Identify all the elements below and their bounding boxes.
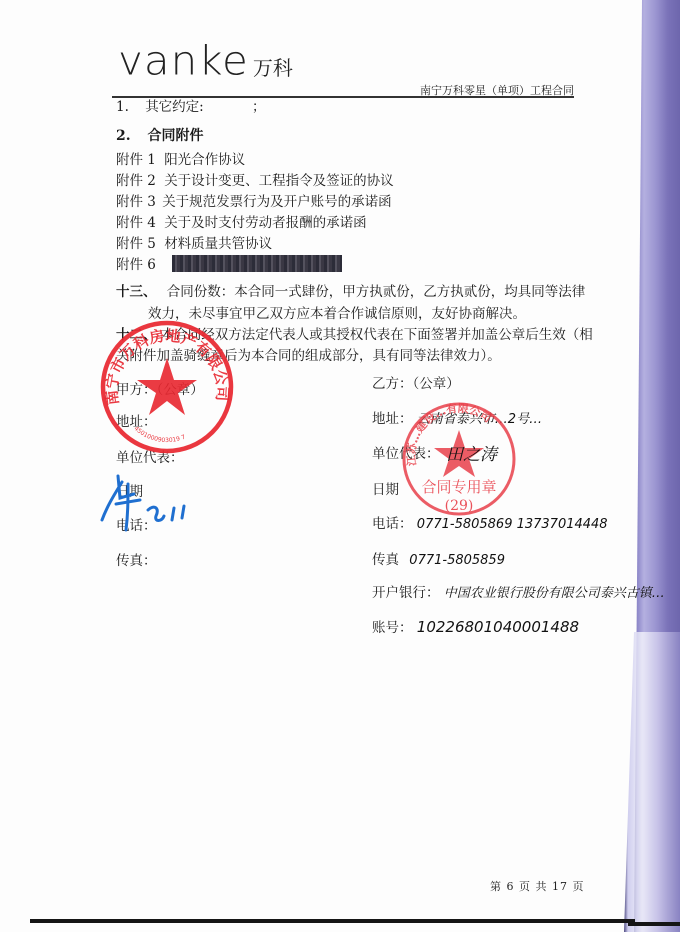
attachment-item: 附件 1 阳光合作协议 (116, 151, 245, 169)
party-a-fax-label: 传真： (116, 552, 157, 570)
party-a-title: 甲方：（公章） (116, 381, 204, 399)
attachment-label: 附件 3 (116, 194, 156, 210)
page-number: 第 6 页 共 17 页 (490, 878, 584, 894)
attachment-label: 附件 1 (116, 152, 156, 168)
party-b-title: 乙方：（公章） (372, 375, 460, 393)
party-b-account: 账号： 10226801040001488 (372, 618, 579, 637)
party-b-bank-value: 中国农业银行股份有限公司泰兴古镇… (444, 586, 665, 601)
party-b-bank: 开户银行： 中国农业银行股份有限公司泰兴古镇… (372, 584, 665, 603)
svg-text:合同专用章: 合同专用章 (421, 478, 496, 496)
party-b-fax-value: 0771-5805859 (409, 553, 505, 568)
party-b-bank-label: 开户银行： (372, 585, 440, 601)
logo-cn: 万科 (253, 52, 293, 81)
section-12-number: 十二、 (116, 327, 157, 343)
attachment-title: 关于规范发票行为及开户账号的承诺函 (162, 194, 392, 210)
section-2-number: 2. (116, 128, 131, 144)
party-a-rep-label: 单位代表： (116, 449, 184, 467)
section-2-label: 合同附件 (148, 128, 204, 144)
attachment-item: 附件 3 关于规范发票行为及开户账号的承诺函 (116, 193, 392, 211)
attachment-title: 关于设计变更、工程指令及签证的协议 (164, 173, 394, 189)
attachment-item: 附件 2 关于设计变更、工程指令及签证的协议 (116, 172, 394, 190)
party-b-rep-label: 单位代表： (372, 446, 440, 462)
party-b-address-value: 云南省泰兴市…2号… (417, 412, 542, 427)
party-b-date-label: 日期 (372, 481, 399, 499)
party-b-fax-label: 传真 (372, 552, 399, 568)
party-a-date-label: 日期 (116, 483, 143, 501)
section-1-label: 其它约定: (145, 99, 204, 115)
attachment-item: 附件 4 关于及时支付劳动者报酬的承诺函 (116, 214, 367, 232)
section-12-line2: 关附件加盖骑缝章后为本合同的组成部分，具有同等法律效力）。 (116, 347, 501, 365)
binding-edge-highlight (624, 632, 680, 932)
party-b-account-label: 账号： (372, 620, 413, 636)
section-13-line1: 合同份数：本合同一式肆份，甲方执贰份，乙方执贰份，均具同等法律 (167, 284, 586, 300)
attachment-label: 附件 2 (116, 173, 156, 189)
party-a-address-label: 地址： (116, 413, 157, 431)
redacted-attachment-title (172, 255, 342, 272)
logo-latin: vanke (118, 37, 249, 84)
section-1-suffix: ； (252, 99, 266, 115)
party-b-rep-signature: 田之涛 (446, 446, 497, 464)
section-12: 十二、 本合同经双方法定代表人或其授权代表在下面签署并加盖公章后生效（相 (116, 326, 593, 344)
party-b-rep: 单位代表： (372, 445, 440, 463)
attachment-title: 阳光合作协议 (164, 152, 245, 168)
document-page: vanke 万科 南宁万科零星（单项）工程合同 1. 其它约定: ； 2. 合同… (0, 0, 680, 932)
party-b-address-label: 地址： (372, 411, 413, 427)
party-b-phone-value: 0771-5805869 13737014448 (417, 517, 608, 532)
section-12-line1: 本合同经双方法定代表人或其授权代表在下面签署并加盖公章后生效（相 (161, 327, 593, 343)
party-b-address: 地址： 云南省泰兴市…2号… (372, 410, 542, 429)
vanke-logo: vanke 万科 (118, 36, 293, 80)
attachment-item: 附件 5 材料质量共管协议 (116, 235, 272, 253)
footer-rule (30, 919, 635, 923)
section-13-number: 十三、 (116, 284, 157, 300)
section-2: 2. 合同附件 (116, 127, 204, 145)
attachment-label: 附件 6 (116, 257, 156, 273)
footer-rule-edge (628, 922, 680, 926)
party-b-account-value: 10226801040001488 (417, 618, 579, 636)
attachment-label: 附件 4 (116, 215, 156, 231)
party-a-phone-label: 电话： (116, 517, 157, 535)
attachment-item: 附件 6 (116, 256, 156, 274)
party-b-fax: 传真 0771-5805859 (372, 551, 505, 570)
section-13-line2: 效力，未尽事宜甲乙双方应本着合作诚信原则，友好协商解决。 (148, 305, 526, 323)
party-b-phone-label: 电话： (372, 516, 413, 532)
attachment-label: 附件 5 (116, 236, 156, 252)
attachment-title: 材料质量共管协议 (164, 236, 272, 252)
section-1: 1. 其它约定: ； (116, 98, 266, 116)
attachment-title: 关于及时支付劳动者报酬的承诺函 (164, 215, 367, 231)
section-1-number: 1. (116, 99, 129, 115)
svg-text:(29): (29) (445, 498, 474, 514)
section-13: 十三、 合同份数：本合同一式肆份，甲方执贰份，乙方执贰份，均具同等法律 (116, 283, 585, 301)
party-b-phone: 电话： 0771-5805869 13737014448 (372, 515, 608, 534)
